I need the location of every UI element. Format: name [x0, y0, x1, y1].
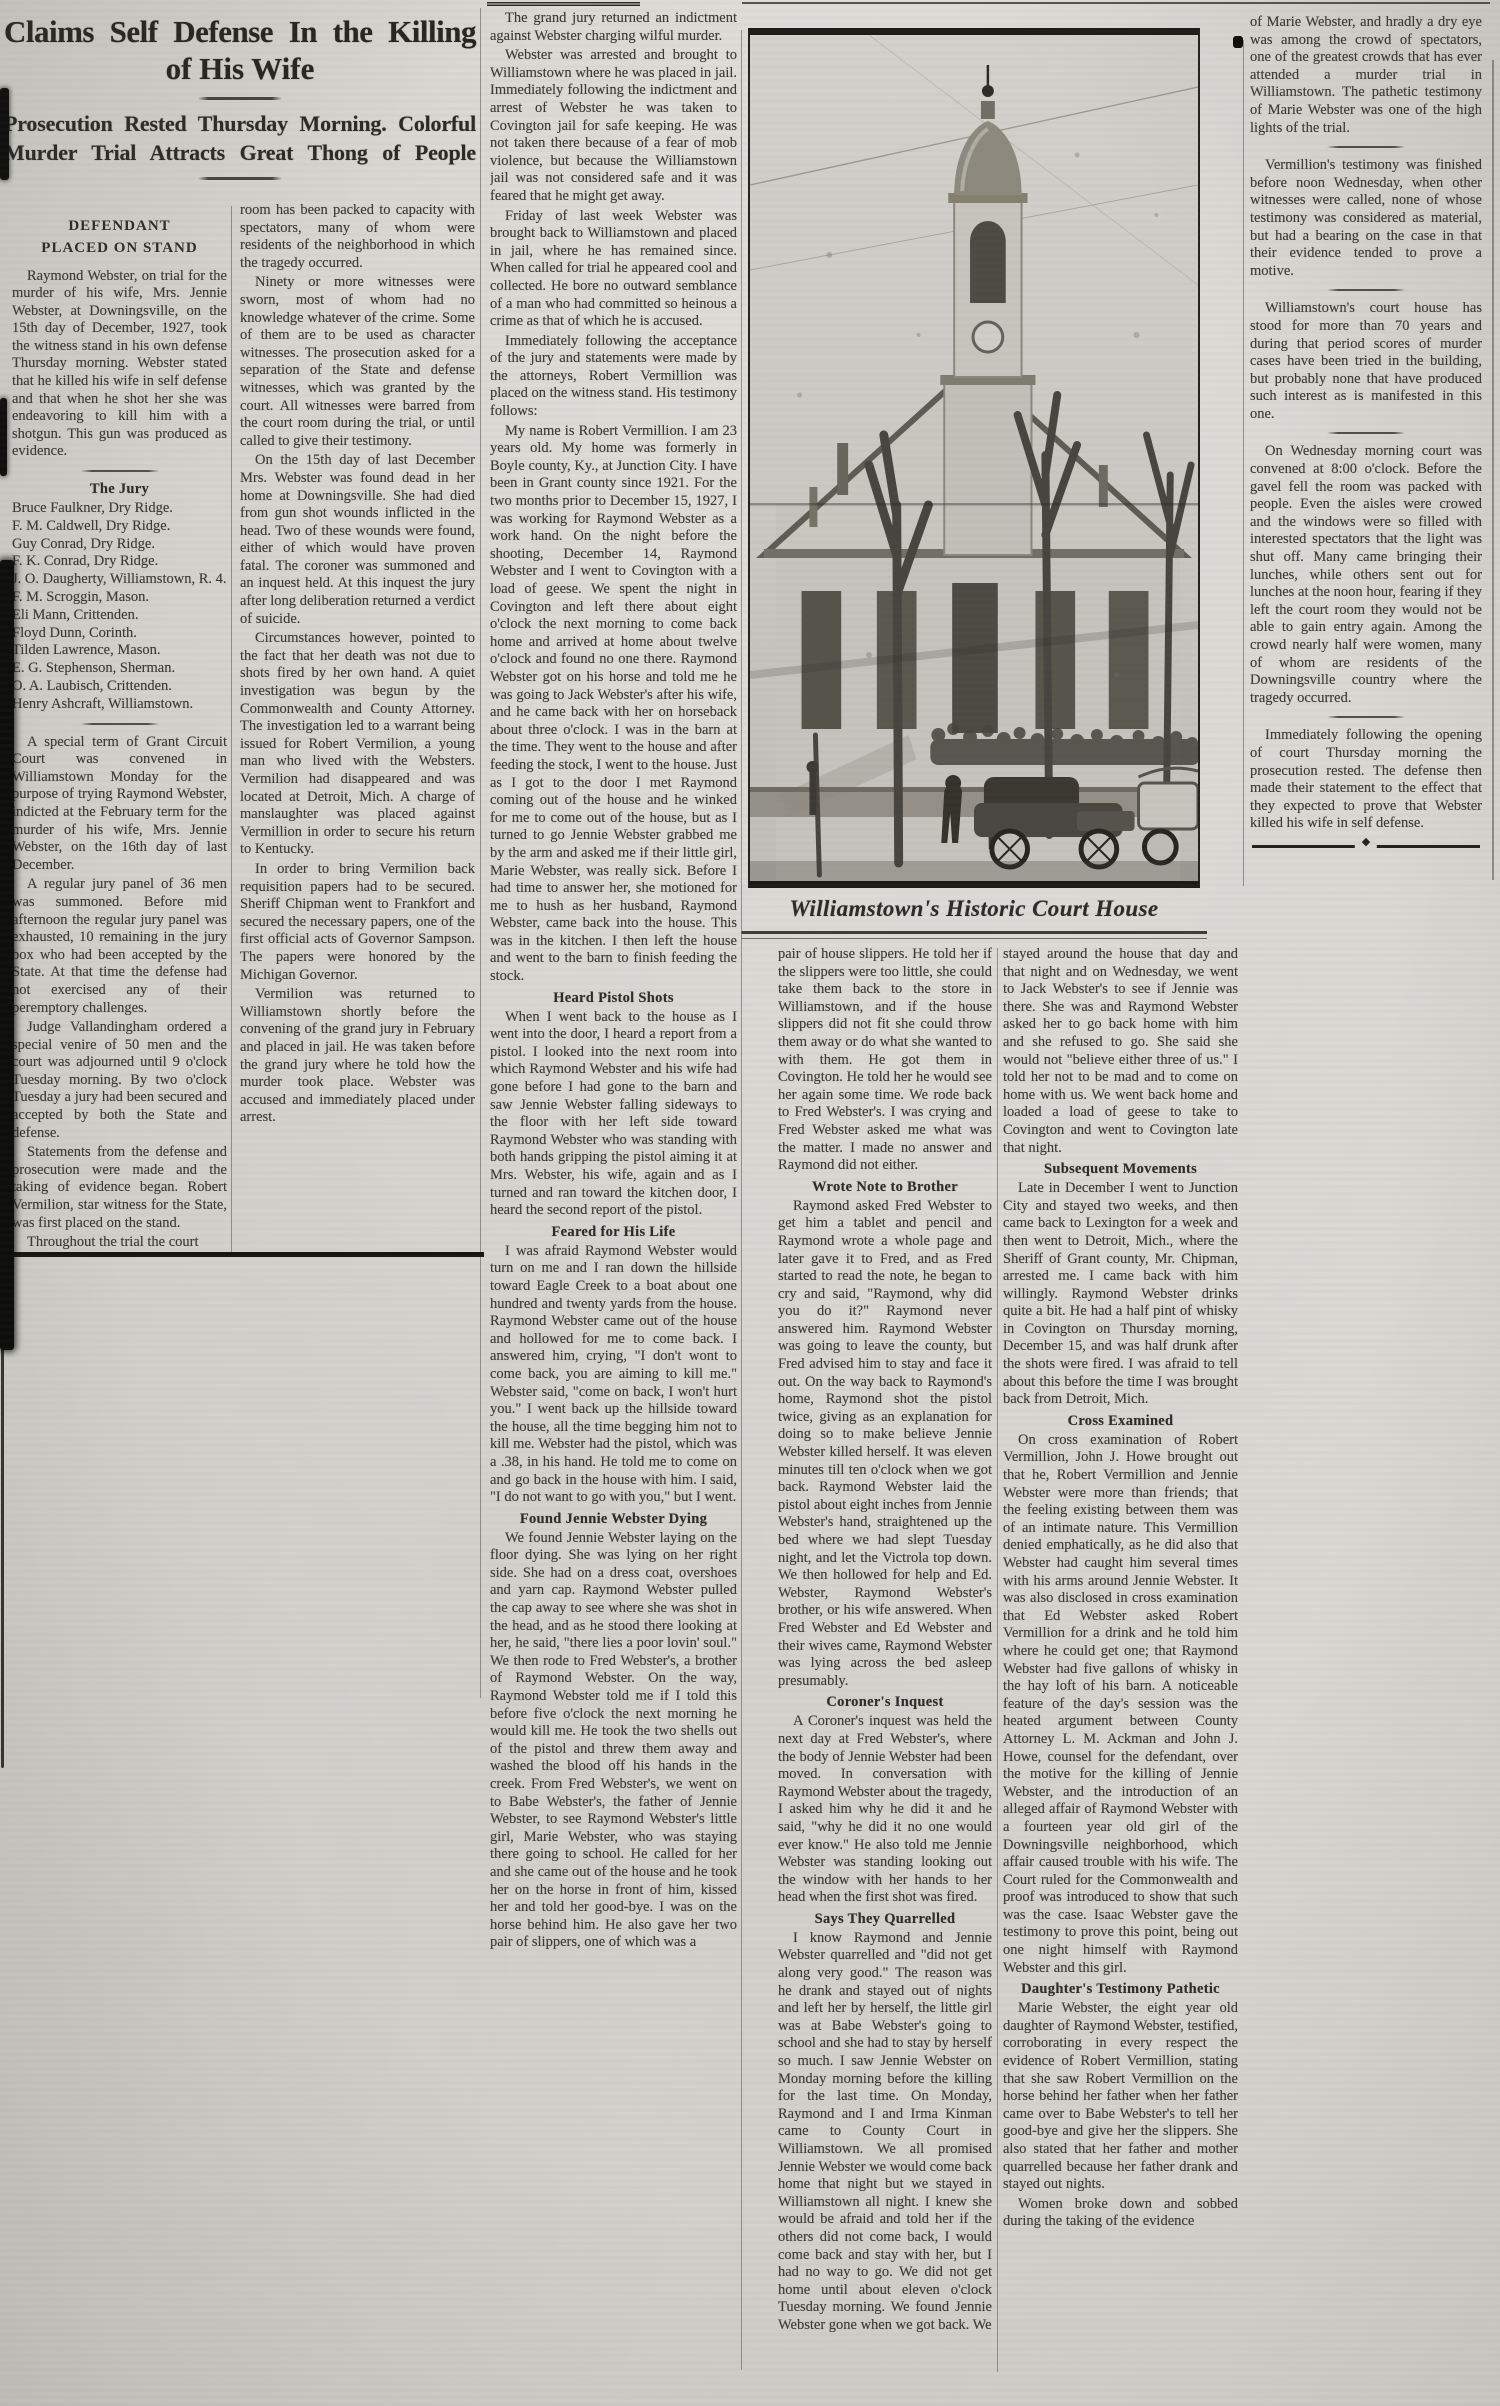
- paragraph: Women broke down and sobbed during the t…: [1003, 2196, 1238, 2231]
- paragraph: Vermillion's testimony was finished befo…: [1250, 157, 1482, 280]
- paragraph: Webster was arrested and brought to Will…: [490, 47, 737, 205]
- separator-rule: [1327, 432, 1405, 434]
- paragraph: When I went back to the house as I went …: [490, 1009, 737, 1220]
- paragraph: I know Raymond and Jennie Webster quarre…: [778, 1930, 992, 2335]
- bottom-rule-left-block: [0, 1252, 484, 1257]
- photo-caption: Williamstown's Historic Court House: [746, 896, 1202, 922]
- separator-rule: [81, 470, 159, 472]
- paragraph: A Coroner's inquest was held the next da…: [778, 1713, 992, 1907]
- paragraph-continuation: pair of house slippers. He told her if t…: [778, 946, 992, 1175]
- headline-block: Claims Self Defense In the Killing of Hi…: [4, 14, 476, 189]
- paragraph: Throughout the trial the court: [12, 1234, 227, 1250]
- column-divider: [1243, 40, 1244, 886]
- paragraph-continuation: of Marie Webster, and hradly a dry eye w…: [1250, 14, 1482, 137]
- article-column-1: DEFENDANT PLACED ON STANDRaymond Webster…: [12, 216, 227, 1250]
- section-heading: Subsequent Movements: [1003, 1161, 1238, 1178]
- paragraph: I was afraid Raymond Webster would turn …: [490, 1243, 737, 1507]
- paragraph: Circumstances however, pointed to the fa…: [240, 630, 475, 859]
- column-divider: [997, 948, 998, 2372]
- article-column-4: pair of house slippers. He told her if t…: [778, 946, 992, 2376]
- newspaper-page: Claims Self Defense In the Killing of Hi…: [0, 0, 1500, 2406]
- paragraph: Friday of last week Webster was brought …: [490, 208, 737, 331]
- jury-member: O. A. Laubisch, Crittenden.: [12, 678, 227, 696]
- separator-rule: [1327, 716, 1405, 718]
- jury-member: F. M. Caldwell, Dry Ridge.: [12, 518, 227, 536]
- paragraph: On cross examination of Robert Vermillio…: [1003, 1432, 1238, 1977]
- column-divider: [741, 30, 742, 2370]
- column-heading: DEFENDANT PLACED ON STAND: [12, 216, 227, 260]
- article-column-3: The grand jury returned an indictment ag…: [490, 10, 737, 2372]
- subhead-line1: Prosecution Rested Thursday Morning. Col…: [4, 109, 476, 138]
- jury-member: F. M. Scroggin, Mason.: [12, 589, 227, 607]
- paragraph: A regular jury panel of 36 men was summo…: [12, 876, 227, 1017]
- paragraph: In order to bring Vermilion back requisi…: [240, 861, 475, 984]
- paragraph: Immediately following the acceptance of …: [490, 333, 737, 421]
- section-heading: Says They Quarrelled: [778, 1911, 992, 1928]
- paragraph: My name is Robert Vermillion. I am 23 ye…: [490, 423, 737, 986]
- paragraph: Raymond Webster, on trial for the murder…: [12, 268, 227, 462]
- headline-line1: Claims Self Defense In the Killing: [4, 14, 476, 50]
- section-heading: Wrote Note to Brother: [778, 1179, 992, 1196]
- jury-member: F. K. Conrad, Dry Ridge.: [12, 553, 227, 571]
- paragraph: We found Jennie Webster laying on the fl…: [490, 1530, 737, 1952]
- article-column-6: of Marie Webster, and hradly a dry eye w…: [1250, 14, 1482, 886]
- jury-member: Guy Conrad, Dry Ridge.: [12, 536, 227, 554]
- jury-member: Bruce Faulkner, Dry Ridge.: [12, 500, 227, 518]
- scan-edge-smudge: [0, 560, 14, 1350]
- paragraph: Marie Webster, the eight year old daught…: [1003, 2000, 1238, 2194]
- paragraph-continuation: room has been packed to capacity with sp…: [240, 202, 475, 272]
- paragraph: Raymond asked Fred Webster to get him a …: [778, 1198, 992, 1691]
- paragraph: A special term of Grant Circuit Court wa…: [12, 734, 227, 875]
- column-divider: [480, 8, 481, 1698]
- paragraph: The grand jury returned an indictment ag…: [490, 10, 737, 45]
- jury-member: Henry Ashcraft, Williamstown.: [12, 696, 227, 714]
- section-heading: Daughter's Testimony Pathetic: [1003, 1981, 1238, 1998]
- section-heading: Heard Pistol Shots: [490, 990, 737, 1007]
- jury-member: E. G. Stephenson, Sherman.: [12, 660, 227, 678]
- top-rule-fragment: [742, 2, 1490, 4]
- article-end-rule: [1252, 845, 1480, 848]
- separator-rule: [1327, 146, 1405, 148]
- paragraph: Immediately following the opening of cou…: [1250, 727, 1482, 833]
- paragraph: On Wednesday morning court was convened …: [1250, 443, 1482, 707]
- paragraph: Statements from the defense and prosecut…: [12, 1144, 227, 1232]
- paragraph-continuation: stayed around the house that day and tha…: [1003, 946, 1238, 1157]
- column-divider: [231, 206, 232, 1252]
- courthouse-photo-illustration: [750, 35, 1198, 881]
- headline-rule: [198, 97, 282, 100]
- caption-rule: [741, 931, 1207, 939]
- page-edge-line: [1492, 60, 1494, 880]
- paragraph: Judge Vallandingham ordered a special ve…: [12, 1019, 227, 1142]
- section-heading: The Jury: [12, 481, 227, 498]
- article-column-5: stayed around the house that day and tha…: [1003, 946, 1238, 2376]
- jury-member: Tilden Lawrence, Mason.: [12, 642, 227, 660]
- section-heading: Found Jennie Webster Dying: [490, 1511, 737, 1528]
- scan-ink-mark: [1233, 36, 1243, 48]
- scan-edge-smudge: [1, 1348, 4, 1768]
- headline-line2: of His Wife: [4, 50, 476, 87]
- separator-rule: [1327, 289, 1405, 291]
- section-heading: Feared for His Life: [490, 1224, 737, 1241]
- jury-member: Eli Mann, Crittenden.: [12, 607, 227, 625]
- jury-member: Floyd Dunn, Corinth.: [12, 625, 227, 643]
- section-heading: Cross Examined: [1003, 1413, 1238, 1430]
- paragraph: Ninety or more witnesses were sworn, mos…: [240, 274, 475, 450]
- article-column-2: room has been packed to capacity with sp…: [240, 202, 475, 1250]
- paragraph: Williamstown's court house has stood for…: [1250, 300, 1482, 423]
- scan-edge-smudge: [0, 88, 9, 180]
- subhead-rule: [198, 177, 282, 180]
- jury-member: J. O. Daugherty, Williamstown, R. 4.: [12, 571, 227, 589]
- top-rule-fragment: [487, 2, 640, 6]
- paragraph: Vermilion was returned to Williamstown s…: [240, 986, 475, 1127]
- scan-edge-smudge: [0, 398, 7, 476]
- paragraph: Late in December I went to Junction City…: [1003, 1180, 1238, 1409]
- paragraph: On the 15th day of last December Mrs. We…: [240, 452, 475, 628]
- separator-rule: [81, 723, 159, 725]
- subhead-line2: Murder Trial Attracts Great Thong of Peo…: [4, 138, 476, 167]
- section-heading: Coroner's Inquest: [778, 1694, 992, 1711]
- courthouse-photo: [748, 28, 1200, 888]
